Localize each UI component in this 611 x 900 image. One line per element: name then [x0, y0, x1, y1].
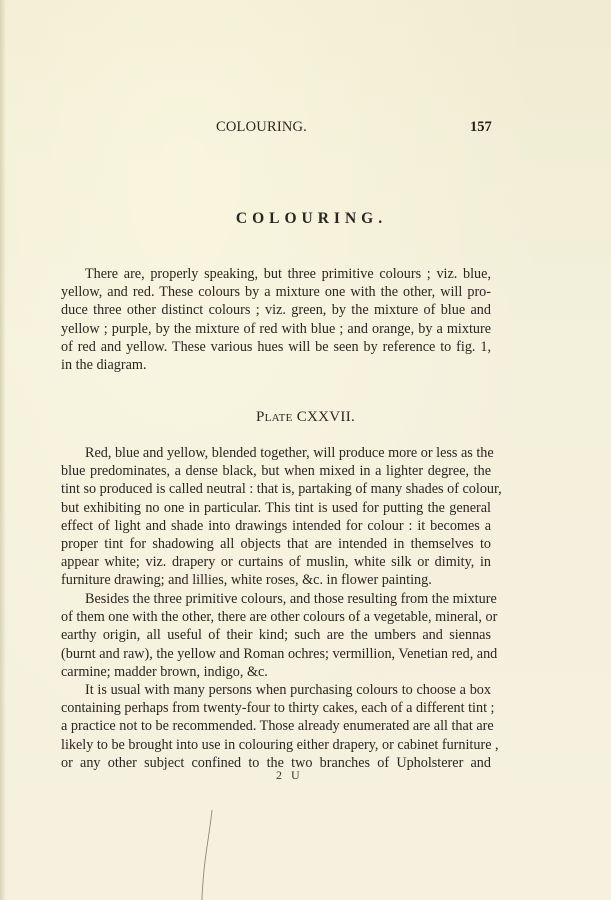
text-line: yellow, and red. These colours by a mixt… — [61, 283, 491, 301]
running-head: COLOURING. 157 — [0, 119, 611, 137]
text-line: It is usual with many persons when purch… — [63, 681, 491, 699]
text-line: furniture drawing; and lillies, white ro… — [61, 571, 491, 589]
text-line: a practice not to be recommended. Those … — [61, 717, 491, 735]
text-line: blue predominates, a dense black, but wh… — [61, 462, 491, 480]
text-line: in the diagram. — [61, 356, 491, 374]
intro-paragraph: There are, properly speaking, but three … — [63, 265, 491, 374]
body-paragraph-1: Red, blue and yellow, blended together, … — [63, 444, 491, 590]
text-line: of red and yellow. These various hues wi… — [61, 338, 491, 356]
signature-mark: 2 U — [276, 768, 303, 783]
text-line: effect of light and shade into drawings … — [61, 517, 491, 535]
text-line: earthy origin, all useful of their kind;… — [61, 626, 491, 644]
text-line: but exhibiting no one in particular. Thi… — [61, 499, 491, 517]
page-number: 157 — [470, 119, 492, 136]
text-line: Besides the three primitive colours, and… — [63, 590, 491, 608]
running-title: COLOURING. — [216, 119, 307, 136]
body-paragraph-2: Besides the three primitive colours, and… — [63, 590, 491, 681]
text-line: duce three other distinct colours ; viz.… — [61, 301, 491, 319]
paper-crease — [200, 810, 214, 900]
text-line: containing perhaps from twenty-four to t… — [61, 699, 491, 717]
text-line: (burnt and raw), the yellow and Roman oc… — [61, 645, 491, 663]
scanned-page: COLOURING. 157 COLOURING. There are, pro… — [0, 0, 611, 900]
text-line: Red, blue and yellow, blended together, … — [63, 444, 491, 462]
text-line: There are, properly speaking, but three … — [63, 265, 491, 283]
plate-heading: Plate CXXVII. — [0, 409, 611, 426]
body-paragraph-3: It is usual with many persons when purch… — [63, 681, 491, 772]
text-line: likely to be brought into use in colouri… — [61, 736, 491, 754]
text-line: appear white; viz. drapery or curtains o… — [61, 553, 491, 571]
text-line: yellow ; purple, by the mixture of red w… — [61, 320, 491, 338]
text-line: proper tint for shadowing all objects th… — [61, 535, 491, 553]
text-line: of them one with the other, there are ot… — [61, 608, 491, 626]
text-line: carmine; madder brown, indigo, &c. — [61, 663, 491, 681]
text-line: tint so produced is called neutral : tha… — [61, 480, 491, 498]
chapter-title: COLOURING. — [0, 210, 611, 228]
